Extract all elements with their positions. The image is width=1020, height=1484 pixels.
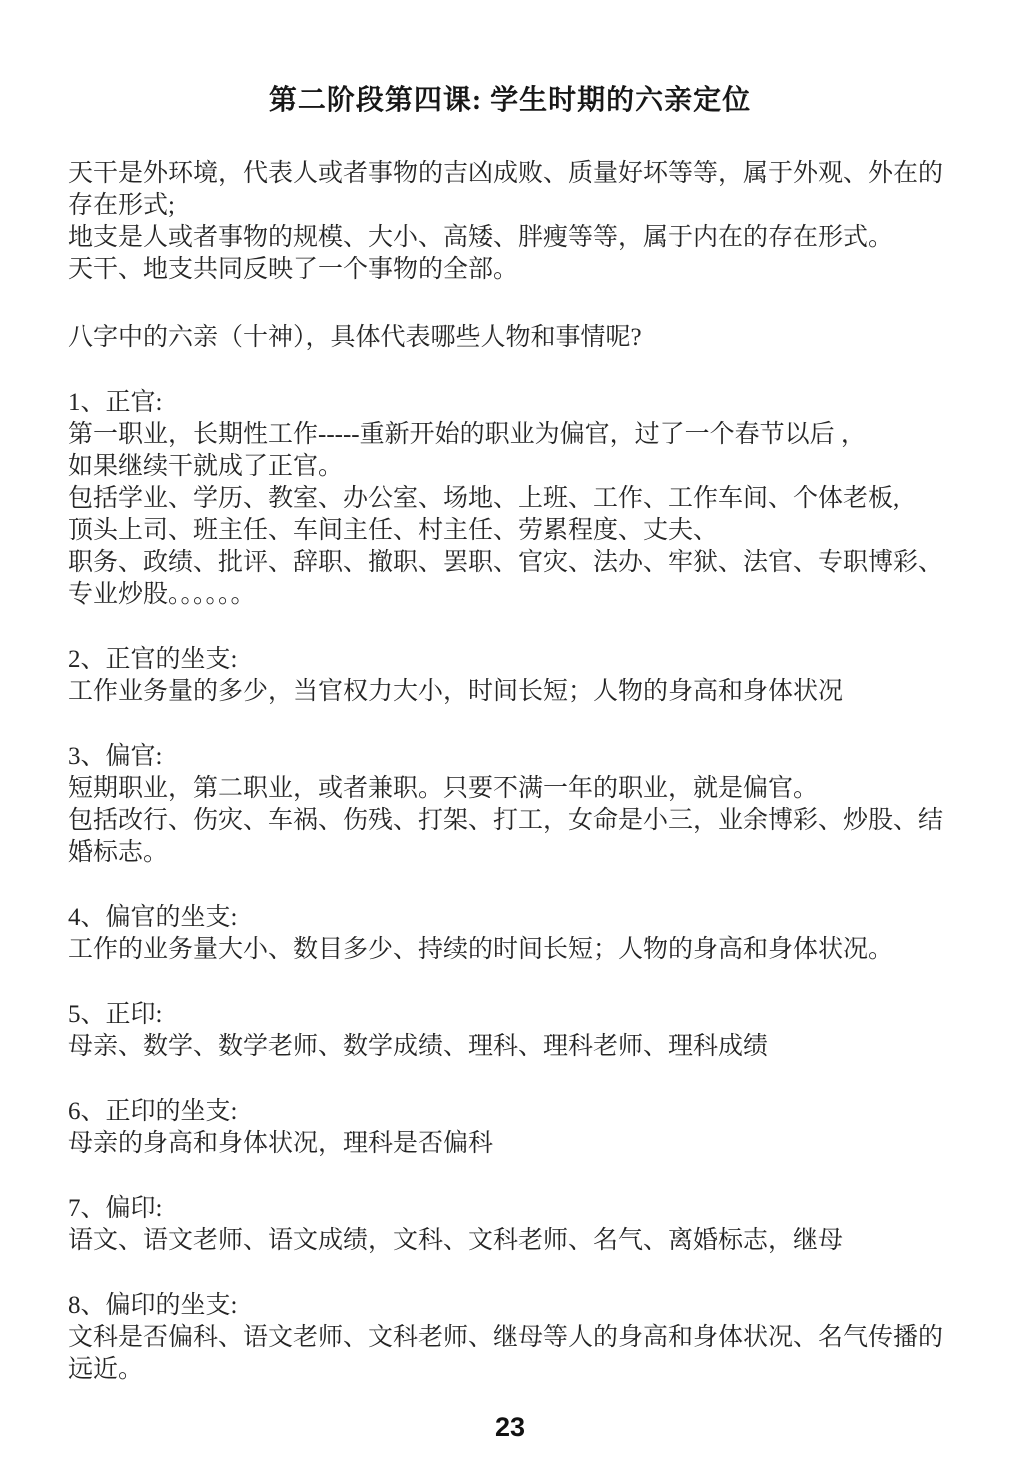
text-line: 婚标志。 bbox=[68, 837, 950, 869]
section-pianyin: 7、偏印: 语文、语文老师、语文成绩，文科、文科老师、名气、离婚标志，继母 bbox=[68, 1193, 950, 1257]
section-pianguan: 3、偏官: 短期职业，第二职业，或者兼职。只要不满一年的职业，就是偏官。 包括改… bbox=[68, 741, 950, 869]
question-paragraph: 八字中的六亲（十神），具体代表哪些人物和事情呢? bbox=[68, 322, 950, 354]
text-line: 语文、语文老师、语文成绩，文科、文科老师、名气、离婚标志，继母 bbox=[68, 1225, 950, 1257]
text-line: 包括学业、学历、教室、办公室、场地、上班、工作、工作车间、个体老板, bbox=[68, 483, 950, 515]
section-heading: 8、偏印的坐支: bbox=[68, 1290, 950, 1322]
section-zhengyin: 5、正印: 母亲、数学、数学老师、数学成绩、理科、理科老师、理科成绩 bbox=[68, 999, 950, 1063]
text-line: 包括改行、伤灾、车祸、伤残、打架、打工，女命是小三，业余博彩、炒股、结 bbox=[68, 805, 950, 837]
text-line: 天干、地支共同反映了一个事物的全部。 bbox=[68, 254, 950, 286]
page-number: 23 bbox=[0, 1412, 1020, 1442]
text-line: 工作的业务量大小、数目多少、持续的时间长短；人物的身高和身体状况。 bbox=[68, 934, 950, 966]
text-line: 职务、政绩、批评、辞职、撤职、罢职、官灾、法办、牢狱、法官、专职博彩、 bbox=[68, 547, 950, 579]
text-line: 第一职业，长期性工作-----重新开始的职业为偏官，过了一个春节以后 ， bbox=[68, 419, 950, 451]
intro-paragraph: 天干是外环境，代表人或者事物的吉凶成败、质量好坏等等，属于外观、外在的 存在形式… bbox=[68, 158, 950, 286]
section-pianyin-zuozhi: 8、偏印的坐支: 文科是否偏科、语文老师、文科老师、继母等人的身高和身体状况、名… bbox=[68, 1290, 950, 1386]
text-line: 天干是外环境，代表人或者事物的吉凶成败、质量好坏等等，属于外观、外在的 bbox=[68, 158, 950, 190]
section-heading: 7、偏印: bbox=[68, 1193, 950, 1225]
section-zhengyin-zuozhi: 6、正印的坐支: 母亲的身高和身体状况，理科是否偏科 bbox=[68, 1096, 950, 1160]
text-line: 母亲的身高和身体状况，理科是否偏科 bbox=[68, 1128, 950, 1160]
page-title: 第二阶段第四课: 学生时期的六亲定位 bbox=[0, 0, 1020, 118]
section-zhengguan-zuozhi: 2、正官的坐支: 工作业务量的多少，当官权力大小，时间长短；人物的身高和身体状况 bbox=[68, 644, 950, 708]
text-line: 存在形式; bbox=[68, 190, 950, 222]
text-line: 远近。 bbox=[68, 1354, 950, 1386]
section-heading: 6、正印的坐支: bbox=[68, 1096, 950, 1128]
text-line: 专业炒股。。。。。。 bbox=[68, 579, 950, 611]
text-line: 短期职业，第二职业，或者兼职。只要不满一年的职业，就是偏官。 bbox=[68, 773, 950, 805]
text-line: 工作业务量的多少，当官权力大小，时间长短；人物的身高和身体状况 bbox=[68, 676, 950, 708]
text-line: 地支是人或者事物的规模、大小、高矮、胖瘦等等，属于内在的存在形式。 bbox=[68, 222, 950, 254]
text-line: 文科是否偏科、语文老师、文科老师、继母等人的身高和身体状况、名气传播的 bbox=[68, 1322, 950, 1354]
text-line: 如果继续干就成了正官。 bbox=[68, 451, 950, 483]
section-heading: 2、正官的坐支: bbox=[68, 644, 950, 676]
text-line: 八字中的六亲（十神），具体代表哪些人物和事情呢? bbox=[68, 322, 950, 354]
section-heading: 3、偏官: bbox=[68, 741, 950, 773]
section-zhengguan: 1、正官: 第一职业，长期性工作-----重新开始的职业为偏官，过了一个春节以后… bbox=[68, 387, 950, 611]
document-page: 第二阶段第四课: 学生时期的六亲定位 天干是外环境，代表人或者事物的吉凶成败、质… bbox=[0, 0, 1020, 1484]
section-heading: 1、正官: bbox=[68, 387, 950, 419]
text-line: 母亲、数学、数学老师、数学成绩、理科、理科老师、理科成绩 bbox=[68, 1031, 950, 1063]
section-heading: 5、正印: bbox=[68, 999, 950, 1031]
section-pianguan-zuozhi: 4、偏官的坐支: 工作的业务量大小、数目多少、持续的时间长短；人物的身高和身体状… bbox=[68, 902, 950, 966]
text-line: 顶头上司、班主任、车间主任、村主任、劳累程度、丈夫、 bbox=[68, 515, 950, 547]
section-heading: 4、偏官的坐支: bbox=[68, 902, 950, 934]
